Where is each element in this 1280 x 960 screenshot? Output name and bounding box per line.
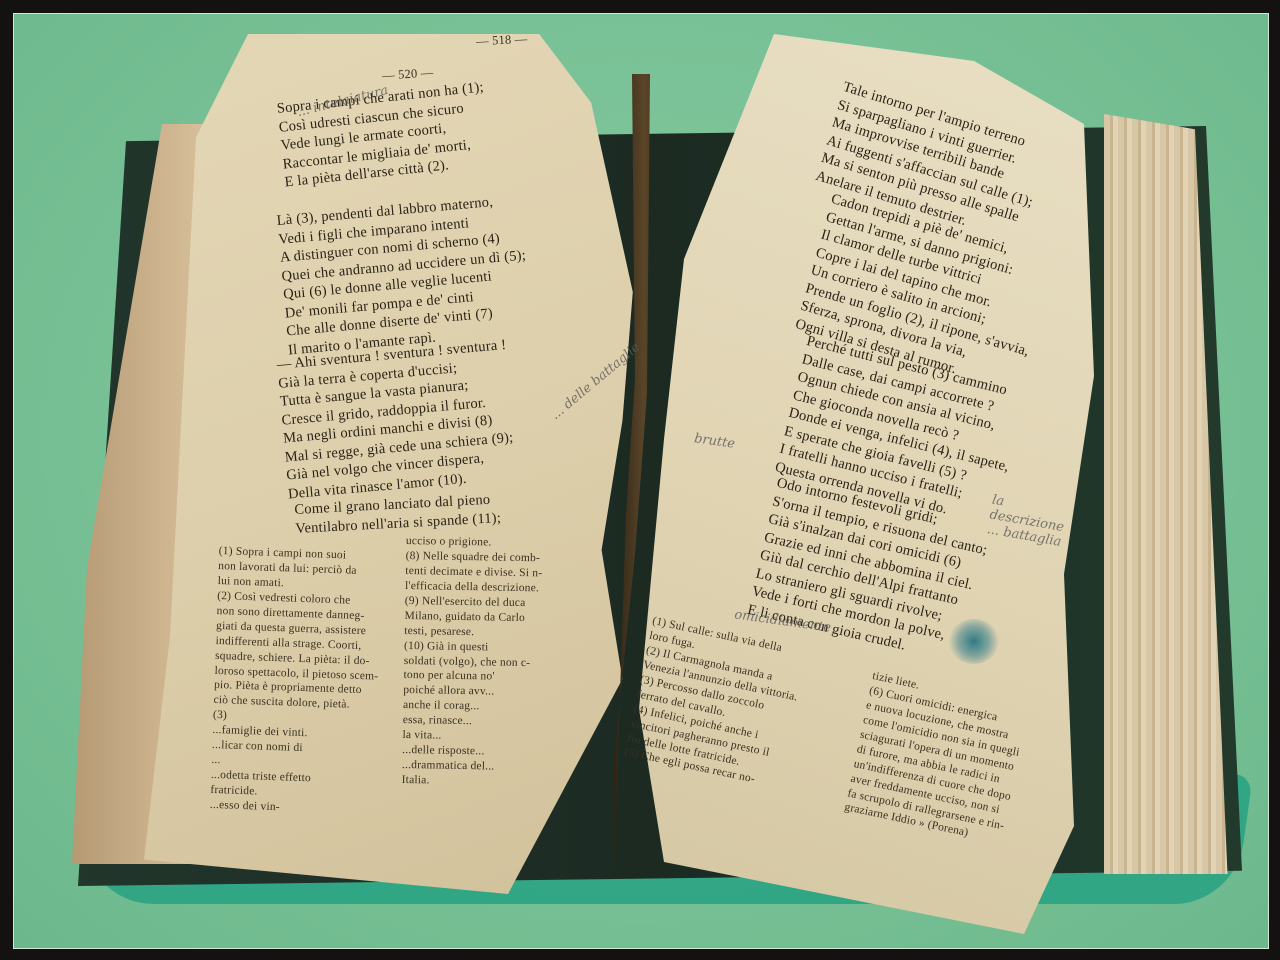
left-footnotes-col-2: ucciso o prigione. (8) Nelle squadre dei… xyxy=(402,534,543,790)
photo-frame: — 518 — — 520 — Sopra i campi che arati … xyxy=(13,13,1269,949)
left-stanza-3: — Ahi sventura ! sventura ! sventura ! G… xyxy=(276,336,518,504)
left-footnotes-col-1: (1) Sopra i campi non suoi non lavorati … xyxy=(210,544,383,818)
ink-stain xyxy=(949,619,999,664)
right-footnotes-col-1: (1) Sul calle: sulla via della loro fuga… xyxy=(623,614,808,793)
page-number-back: — 518 — xyxy=(476,31,528,50)
left-stanza-2: Là (3), pendenti dal labbro materno, Ved… xyxy=(276,191,533,360)
